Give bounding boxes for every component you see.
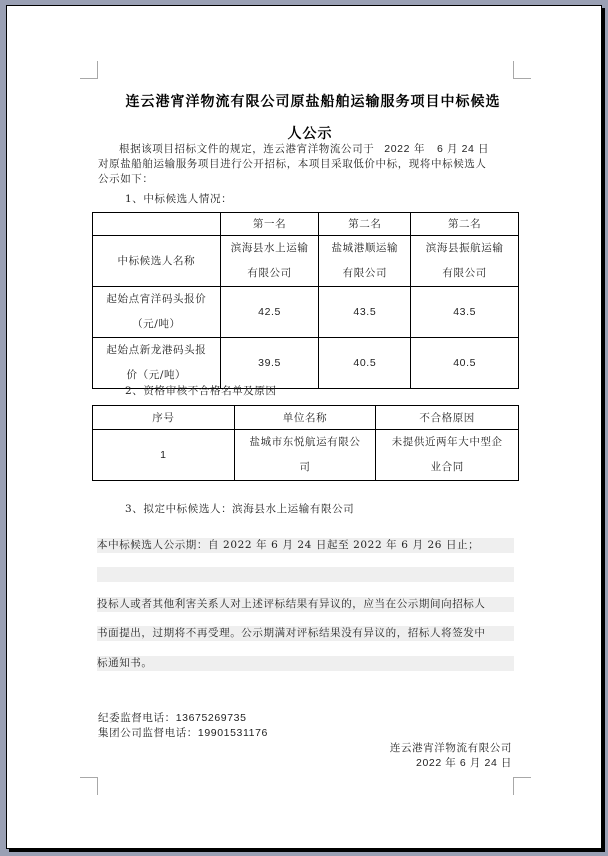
price-cell: 43.5 xyxy=(319,287,411,338)
price-cell: 42.5 xyxy=(220,287,319,338)
candidates-table: 第一名 第二名 第二名 中标候选人名称 滨海县水上运输 有限公司 盐城港顺运输 … xyxy=(92,212,519,389)
blank-highlight-band xyxy=(97,567,514,582)
section1-heading: 1、中标候选人情况： xyxy=(125,191,232,206)
discipline-contact: 纪委监督电话：13675269735 xyxy=(98,710,247,725)
intro-paragraph-line2: 对原盐船舶运输服务项目进行公开招标，本项目采取低价中标，现将中标候选人 xyxy=(98,156,487,171)
table-row: 起始点宵洋码头报价 （元/吨） 42.5 43.5 43.5 xyxy=(93,287,519,338)
candidate-name-line1: 盐城港顺运输 xyxy=(319,236,410,261)
candidate-name-line1: 滨海县水上运输 xyxy=(221,236,319,261)
table-header-cell xyxy=(93,213,221,236)
row-label: 起始点宵洋码头报价 （元/吨） xyxy=(93,287,221,338)
candidate-name-line1: 滨海县振航运输 xyxy=(411,236,518,261)
candidate-name-line2: 有限公司 xyxy=(221,261,319,286)
table-header-cell: 单位名称 xyxy=(234,406,376,430)
unit-name-cell: 盐城市东悦航运有限公 司 xyxy=(234,430,376,481)
objection-line2: 书面提出，过期将不再受理。公示期满对评标结果没有异议的，招标人将签发中 xyxy=(97,626,514,641)
table-header-cell: 第二名 xyxy=(411,213,519,236)
table-header-row: 序号 单位名称 不合格原因 xyxy=(93,406,519,430)
table-header-cell: 序号 xyxy=(93,406,235,430)
group-label: 集团公司监督电话： xyxy=(98,727,198,739)
index-cell: 1 xyxy=(93,430,235,481)
table-header-cell: 第二名 xyxy=(319,213,411,236)
intro-paragraph-line1: 根据该项目招标文件的规定，连云港宵洋物流公司于 2022 年 6 月 24 日 xyxy=(119,141,489,156)
section2-heading: 2、资格审核不合格名单及原因 xyxy=(125,383,277,398)
table-cell: 滨海县振航运输 有限公司 xyxy=(411,236,519,287)
table-cell: 滨海县水上运输 有限公司 xyxy=(220,236,319,287)
table-cell: 盐城港顺运输 有限公司 xyxy=(319,236,411,287)
intro-year: 2022 xyxy=(384,143,410,155)
row-label: 中标候选人名称 xyxy=(93,236,221,287)
table-row: 1 盐城市东悦航运有限公 司 未提供近两年大中型企 业合同 xyxy=(93,430,519,481)
margin-corner-mark-bottom-right xyxy=(513,777,531,795)
objection-line1: 投标人或者其他利害关系人对上述评标结果有异议的，应当在公示期间向招标人 xyxy=(97,597,514,612)
disqualified-table: 序号 单位名称 不合格原因 1 盐城市东悦航运有限公 司 未提供近两年大中型企 … xyxy=(92,405,519,481)
reason-line1: 未提供近两年大中型企 xyxy=(376,430,518,455)
document-title-line1: 连云港宵洋物流有限公司原盐船舶运输服务项目中标候选 xyxy=(106,91,520,111)
price-cell: 39.5 xyxy=(220,338,319,389)
intro-paragraph-line3: 公示如下： xyxy=(98,171,154,186)
notice-period: 本中标候选人公示期：自 2022 年 6 月 24 日起至 2022 年 6 月… xyxy=(97,538,514,553)
table-header-cell: 不合格原因 xyxy=(376,406,519,430)
candidate-name-line2: 有限公司 xyxy=(319,261,410,286)
candidate-name-line2: 有限公司 xyxy=(411,261,518,286)
reason-cell: 未提供近两年大中型企 业合同 xyxy=(376,430,519,481)
row-label: 起始点新龙港码头报 价（元/吨） xyxy=(93,338,221,389)
row-label-line2: （元/吨） xyxy=(93,312,220,337)
table-header-row: 第一名 第二名 第二名 xyxy=(93,213,519,236)
margin-corner-mark-bottom-left xyxy=(80,777,98,795)
reason-line2: 业合同 xyxy=(376,455,518,480)
signature-company: 连云港宵洋物流有限公司 xyxy=(307,740,512,755)
signature-date: 2022 年 6 月 24 日 xyxy=(307,755,512,770)
row-label-line1: 起始点宵洋码头报价 xyxy=(93,287,220,312)
section3-heading: 3、拟定中标候选人：滨海县水上运输有限公司 xyxy=(125,501,354,516)
table-header-cell: 第一名 xyxy=(220,213,319,236)
objection-line3: 标通知书。 xyxy=(97,656,514,671)
table-row: 中标候选人名称 滨海县水上运输 有限公司 盐城港顺运输 有限公司 滨海县振航运输… xyxy=(93,236,519,287)
price-cell: 40.5 xyxy=(319,338,411,389)
margin-corner-mark-top-right xyxy=(513,61,531,79)
document-title-line2: 人公示 xyxy=(103,123,517,143)
table-row: 起始点新龙港码头报 价（元/吨） 39.5 40.5 40.5 xyxy=(93,338,519,389)
unit-name-line2: 司 xyxy=(235,455,376,480)
unit-name-line1: 盐城市东悦航运有限公 xyxy=(235,430,376,455)
margin-corner-mark-top-left xyxy=(80,61,98,79)
group-contact: 集团公司监督电话：19901531176 xyxy=(98,725,268,740)
intro-date: 6 月 24 日 xyxy=(437,143,489,155)
price-cell: 40.5 xyxy=(411,338,519,389)
group-phone: 19901531176 xyxy=(198,727,268,739)
discipline-label: 纪委监督电话： xyxy=(98,712,176,724)
intro-year-unit: 年 xyxy=(414,143,425,155)
row-label-line1: 起始点新龙港码头报 xyxy=(93,338,220,363)
discipline-phone: 13675269735 xyxy=(176,712,247,724)
document-page: 连云港宵洋物流有限公司原盐船舶运输服务项目中标候选 人公示 根据该项目招标文件的… xyxy=(6,5,602,849)
intro-text: 根据该项目招标文件的规定，连云港宵洋物流公司于 xyxy=(119,143,374,155)
price-cell: 43.5 xyxy=(411,287,519,338)
